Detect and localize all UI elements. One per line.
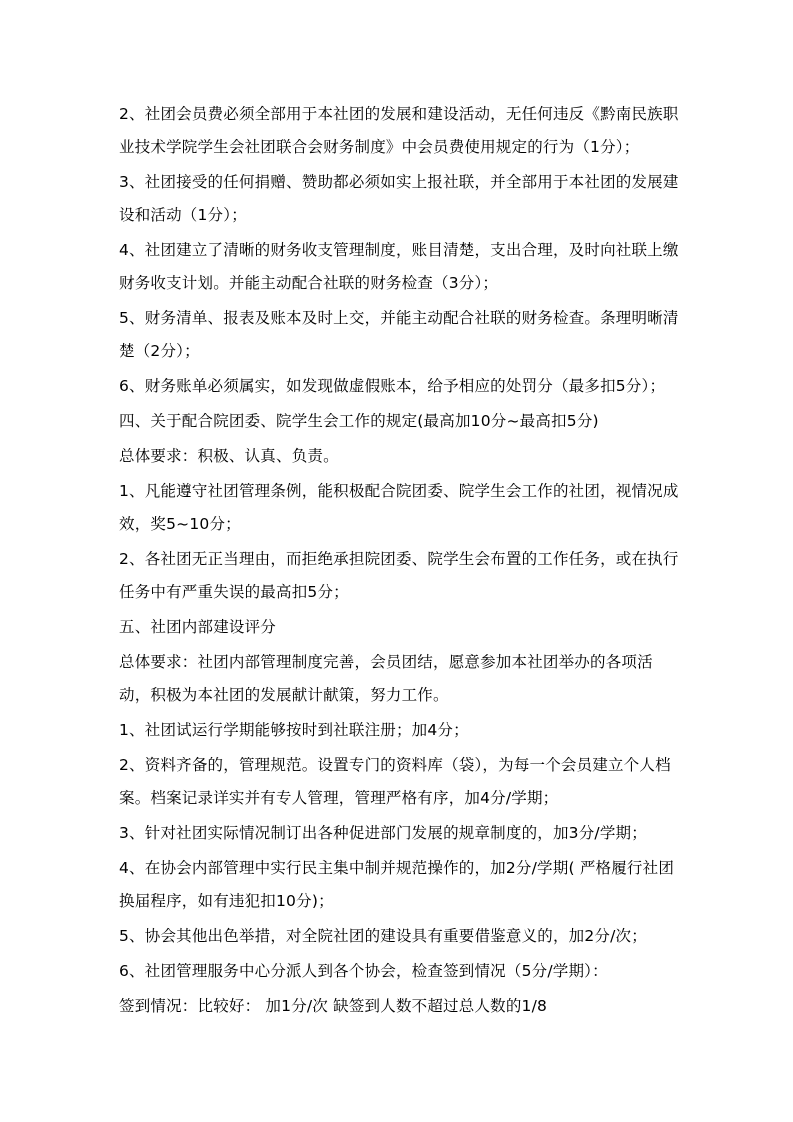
- paragraph-internal-rule-2: 2、资料齐备的，管理规范。设置专门的资料库（袋），为每一个会员建立个人档案。档案…: [119, 749, 679, 815]
- paragraph-finance-rule-3: 3、社团接受的任何捐赠、赞助都必须如实上报社联，并全部用于本社团的发展建设和活动…: [119, 166, 679, 232]
- paragraph-signin-status: 签到情况：比较好： 加1分/次 缺签到人数不超过总人数的1/8: [119, 990, 679, 1023]
- section-heading-5: 五、社团内部建设评分: [119, 611, 679, 644]
- document-page: 2、社团会员费必须全部用于本社团的发展和建设活动，无任何违反《黔南民族职业技术学…: [119, 98, 679, 1025]
- section-4-general-requirement: 总体要求：积极、认真、负责。: [119, 440, 679, 473]
- section-5-general-requirement: 总体要求：社团内部管理制度完善，会员团结，愿意参加本社团举办的各项活动，积极为本…: [119, 646, 679, 712]
- paragraph-internal-rule-4: 4、在协会内部管理中实行民主集中制并规范操作的，加2分/学期( 严格履行社团换届…: [119, 852, 679, 918]
- paragraph-internal-rule-1: 1、社团试运行学期能够按时到社联注册；加4分；: [119, 714, 679, 747]
- paragraph-finance-rule-2: 2、社团会员费必须全部用于本社团的发展和建设活动，无任何违反《黔南民族职业技术学…: [119, 98, 679, 164]
- paragraph-internal-rule-5: 5、协会其他出色举措，对全院社团的建设具有重要借鉴意义的，加2分/次；: [119, 920, 679, 953]
- paragraph-internal-rule-6: 6、社团管理服务中心分派人到各个协会，检查签到情况（5分/学期）：: [119, 955, 679, 988]
- paragraph-cooperation-rule-2: 2、各社团无正当理由，而拒绝承担院团委、院学生会布置的工作任务，或在执行任务中有…: [119, 543, 679, 609]
- paragraph-cooperation-rule-1: 1、凡能遵守社团管理条例，能积极配合院团委、院学生会工作的社团，视情况成效，奖5…: [119, 475, 679, 541]
- paragraph-internal-rule-3: 3、针对社团实际情况制订出各种促进部门发展的规章制度的，加3分/学期；: [119, 817, 679, 850]
- paragraph-finance-rule-6: 6、财务账单必须属实，如发现做虚假账本，给予相应的处罚分（最多扣5分）；: [119, 370, 679, 403]
- paragraph-finance-rule-4: 4、社团建立了清晰的财务收支管理制度，账目清楚，支出合理，及时向社联上缴财务收支…: [119, 234, 679, 300]
- section-heading-4: 四、关于配合院团委、院学生会工作的规定(最高加10分~最高扣5分): [119, 405, 679, 438]
- paragraph-finance-rule-5: 5、财务清单、报表及账本及时上交，并能主动配合社联的财务检查。条理明晰清楚（2分…: [119, 302, 679, 368]
